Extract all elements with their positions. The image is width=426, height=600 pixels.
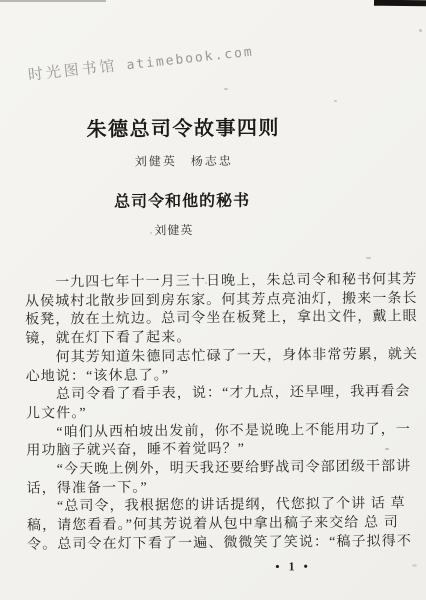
text-line: 何其芳知道朱德同志忙碌了一天，身体非常劳累，就关 — [25, 346, 417, 368]
text-line: 令。总司令在灯下看了一遍、微微笑了笑说：“稿子拟得不 — [27, 533, 419, 555]
text-line: 总司令看了看手表，说：“才九点，还早哩，我再看会 — [26, 383, 418, 405]
scan-speck — [150, 232, 152, 234]
section-author-byline: 刘健英 — [154, 221, 193, 238]
scan-speck — [205, 282, 207, 284]
section-title: 总司令和他的秘书 — [114, 188, 250, 212]
authors-byline: 刘健英 杨志忠 — [135, 152, 233, 170]
text-line: 板凳，放在土炕边。总司令坐在板凳上，拿出文件，戴上眼 — [25, 309, 417, 331]
page-content: 朱德总司令故事四则 刘健英 杨志忠 总司令和他的秘书 刘健英 一九四七年十一月三… — [0, 0, 426, 600]
book-page-scan: 时光图书馆atimebook.com 朱德总司令故事四则 刘健英 杨志忠 总司令… — [0, 0, 426, 600]
scan-speck — [334, 100, 337, 102]
scan-speck — [419, 29, 422, 32]
page-number: • 1 • — [275, 559, 311, 574]
text-line: “咱们从西柏坡出发前，你不是说晚上不能用功了，一 — [26, 421, 418, 443]
scan-speck — [385, 448, 389, 450]
scan-speck — [407, 351, 410, 353]
scan-speck — [231, 128, 233, 131]
scan-speck — [224, 88, 228, 90]
text-line: “今天晚上例外，明天我还要给野战司令部团级干部讲 — [26, 458, 418, 480]
scan-speck — [366, 257, 371, 259]
body-text: 一九四七年十一月三十日晚上，朱总司令和秘书何其芳 从侯城村北散步回到房东家。何其… — [25, 271, 419, 555]
article-title: 朱德总司令故事四则 — [86, 111, 280, 142]
scan-speck — [412, 564, 417, 567]
